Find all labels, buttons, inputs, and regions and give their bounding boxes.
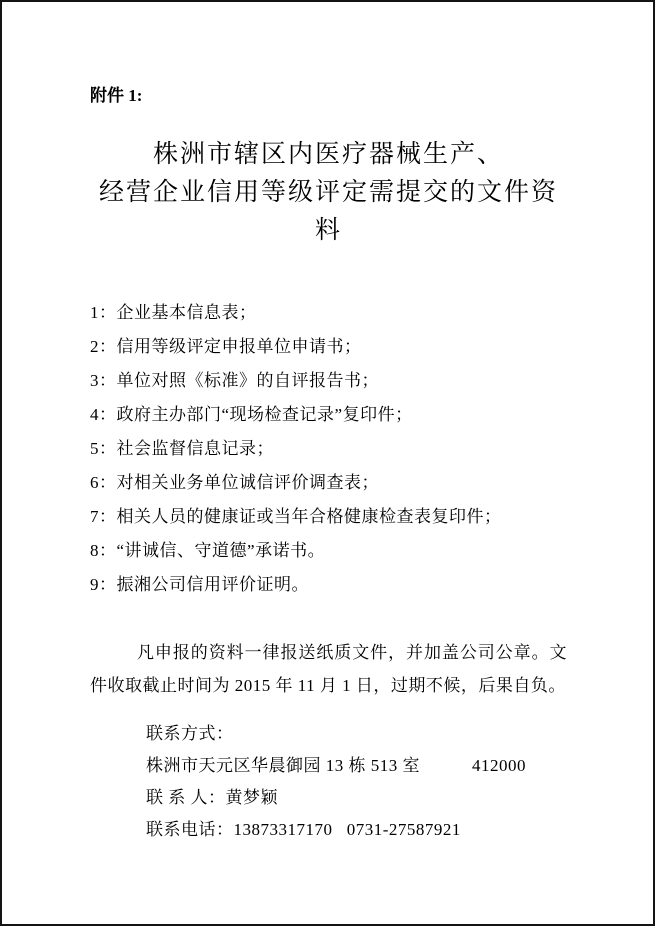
- contact-postcode: 412000: [472, 756, 526, 775]
- list-item: 7：相关人员的健康证或当年合格健康检查表复印件；: [90, 500, 567, 534]
- contact-address: 株洲市天元区华晨御园 13 栋 513 室: [146, 756, 420, 775]
- contact-heading: 联系方式：: [146, 718, 567, 750]
- required-documents-list: 1：企业基本信息表； 2：信用等级评定申报单位申请书； 3：单位对照《标准》的自…: [90, 296, 567, 602]
- contact-phone: 联系电话：13873317170 0731-27587921: [146, 814, 567, 846]
- list-item: 4：政府主办部门“现场检查记录”复印件；: [90, 398, 567, 432]
- list-item: 1：企业基本信息表；: [90, 296, 567, 330]
- notice-paragraph: 凡申报的资料一律报送纸质文件，并加盖公司公章。文件收取截止时间为 2015 年 …: [90, 636, 567, 702]
- contact-person: 联 系 人：黄梦颖: [146, 782, 567, 814]
- list-item: 2：信用等级评定申报单位申请书；: [90, 330, 567, 364]
- list-item: 3：单位对照《标准》的自评报告书；: [90, 364, 567, 398]
- contact-address-line: 株洲市天元区华晨御园 13 栋 513 室412000: [146, 750, 567, 782]
- list-item: 9：振湘公司信用评价证明。: [90, 568, 567, 602]
- document-title: 株洲市辖区内医疗器械生产、 经营企业信用等级评定需提交的文件资料: [90, 136, 567, 250]
- attachment-label: 附件 1:: [90, 86, 567, 106]
- title-line-2: 经营企业信用等级评定需提交的文件资料: [90, 174, 567, 250]
- document-page: 附件 1: 株洲市辖区内医疗器械生产、 经营企业信用等级评定需提交的文件资料 1…: [0, 0, 655, 926]
- title-line-1: 株洲市辖区内医疗器械生产、: [90, 136, 567, 174]
- list-item: 8：“讲诚信、守道德”承诺书。: [90, 534, 567, 568]
- contact-block: 联系方式： 株洲市天元区华晨御园 13 栋 513 室412000 联 系 人：…: [146, 718, 567, 846]
- list-item: 6：对相关业务单位诚信评价调查表；: [90, 466, 567, 500]
- list-item: 5：社会监督信息记录；: [90, 432, 567, 466]
